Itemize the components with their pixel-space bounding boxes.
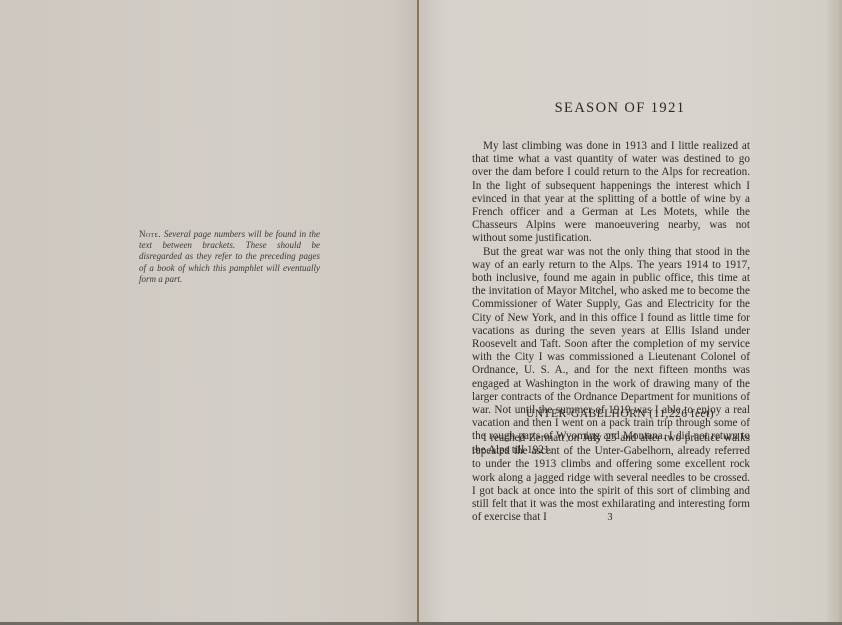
note-text: Several page numbers will be found in th… <box>139 229 320 284</box>
editorial-note: Note. Several page numbers will be found… <box>139 229 320 285</box>
section-heading: UNTER-GABELHORN (11,226 feet) <box>470 407 770 420</box>
page-edge <box>836 0 842 625</box>
chapter-title: SEASON OF 1921 <box>470 100 770 117</box>
note-lead: Note. <box>139 229 161 239</box>
page-number: 3 <box>600 512 620 523</box>
paragraph: My last climbing was done in 1913 and I … <box>472 140 750 246</box>
paragraph: I reached Zermatt on July 25 and after t… <box>472 432 750 524</box>
section-body: I reached Zermatt on July 25 and after t… <box>472 432 750 524</box>
paragraph: But the great war was not the only thing… <box>472 246 750 457</box>
left-page: Note. Several page numbers will be found… <box>0 0 418 625</box>
